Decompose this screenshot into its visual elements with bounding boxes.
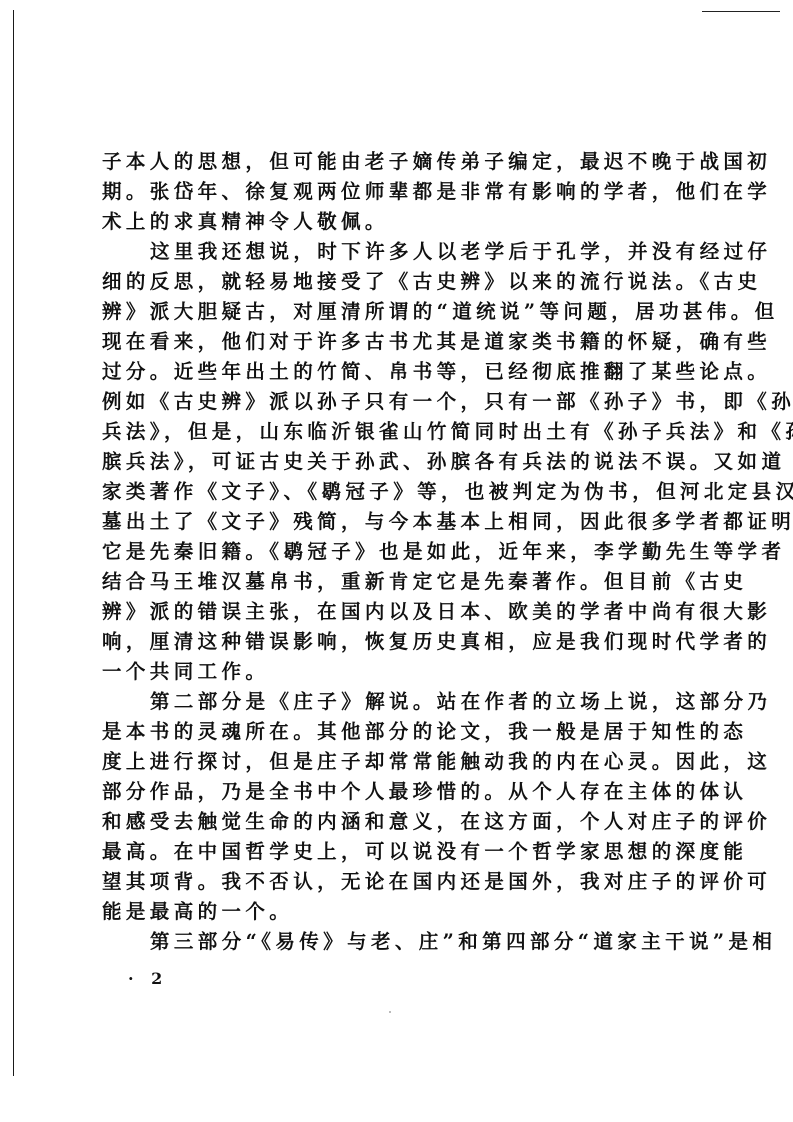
page-left-border-rule [13,10,14,1076]
paragraph-zhuangzi-section: 第二部分是《庄子》解说。站在作者的立场上说，这部分乃 是本书的灵魂所在。其他部分… [102,687,658,927]
paragraph-third-fourth-parts: 第三部分“《易传》与老、庄”和第四部分“道家主干说”是相 [102,927,658,957]
text-line: 膑兵法》，可证古史关于孙武、孙膑各有兵法的说法不误。又如道 [102,447,658,477]
text-line: 墓出土了《文子》残简，与今本基本上相同，因此很多学者都证明 [102,507,658,537]
text-line: 子本人的思想，但可能由老子嫡传弟子编定，最迟不晚于战国初 [102,147,658,177]
text-line: 辨》派的错误主张，在国内以及日本、欧美的学者中尚有很大影 [102,597,658,627]
text-line: 现在看来，他们对于许多古书尤其是道家类书籍的怀疑，确有些 [102,327,658,357]
page-number: · 2 [128,969,168,988]
text-line: 一个共同工作。 [102,657,658,687]
text-line: 它是先秦旧籍。《鹖冠子》也是如此，近年来，李学勤先生等学者 [102,537,658,567]
text-line: 响，厘清这种错误影响，恢复历史真相，应是我们现时代学者的 [102,627,658,657]
text-line: 第二部分是《庄子》解说。站在作者的立场上说，这部分乃 [102,687,658,717]
text-line: 结合马王堆汉墓帛书，重新肯定它是先秦著作。但目前《古史 [102,567,658,597]
scan-speck [389,1011,391,1013]
text-line: 术上的求真精神令人敬佩。 [102,207,658,237]
paragraph-gushibian-critique: 这里我还想说，时下许多人以老学后于孔学，并没有经过仔 细的反思，就轻易地接受了《… [102,237,658,687]
text-line: 辨》派大胆疑古，对厘清所谓的“道统说”等问题，居功甚伟。但 [102,297,658,327]
text-line: 度上进行探讨，但是庄子却常常能触动我的内在心灵。因此，这 [102,747,658,777]
text-line: 期。张岱年、徐复观两位师辈都是非常有影响的学者，他们在学 [102,177,658,207]
text-line: 第三部分“《易传》与老、庄”和第四部分“道家主干说”是相 [102,927,658,957]
text-line: 兵法》，但是，山东临沂银雀山竹简同时出土有《孙子兵法》和《孙 [102,417,658,447]
text-line: 最高。在中国哲学史上，可以说没有一个哲学家思想的深度能 [102,837,658,867]
text-line: 望其项背。我不否认，无论在国内还是国外，我对庄子的评价可 [102,867,658,897]
page-top-right-rule [702,11,780,12]
text-line: 细的反思，就轻易地接受了《古史辨》以来的流行说法。《古史 [102,267,658,297]
text-line: 和感受去触觉生命的内涵和意义，在这方面，个人对庄子的评价 [102,807,658,837]
text-line: 过分。近些年出土的竹简、帛书等，已经彻底推翻了某些论点。 [102,357,658,387]
text-line: 例如《古史辨》派以孙子只有一个，只有一部《孙子》书，即《孙膑 [102,387,658,417]
text-line: 这里我还想说，时下许多人以老学后于孔学，并没有经过仔 [102,237,658,267]
text-line: 家类著作《文子》、《鹖冠子》等，也被判定为伪书，但河北定县汉 [102,477,658,507]
text-line: 部分作品，乃是全书中个人最珍惜的。从个人存在主体的体认 [102,777,658,807]
text-line: 是本书的灵魂所在。其他部分的论文，我一般是居于知性的态 [102,717,658,747]
page-body-text: 子本人的思想，但可能由老子嫡传弟子编定，最迟不晚于战国初 期。张岱年、徐复观两位… [102,147,658,957]
paragraph-continuation: 子本人的思想，但可能由老子嫡传弟子编定，最迟不晚于战国初 期。张岱年、徐复观两位… [102,147,658,237]
text-line: 能是最高的一个。 [102,897,658,927]
